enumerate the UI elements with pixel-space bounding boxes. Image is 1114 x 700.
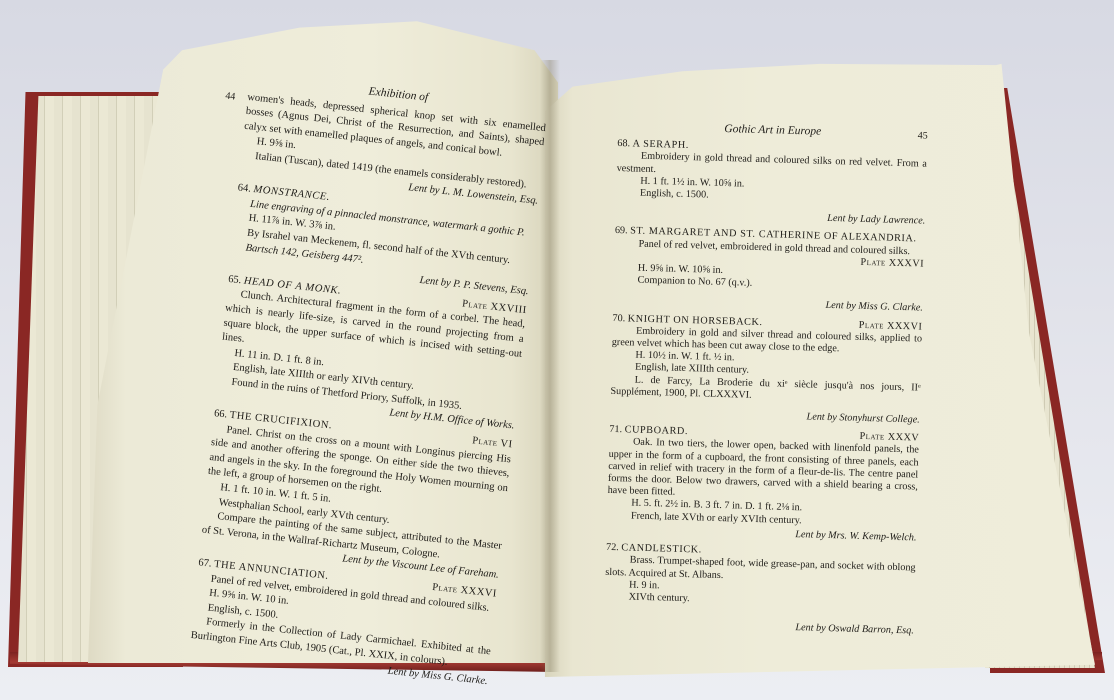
page-number-left: 44 [225, 90, 236, 106]
entry-number: 67. [198, 557, 212, 569]
entry-number: 66. [214, 408, 228, 420]
catalogue-entry-70: 70. KNIGHT ON HORSEBACK.Plate XXXVI Embr… [610, 313, 923, 427]
page-number-right: 45 [917, 130, 927, 142]
entry-title: A SERAPH. [632, 139, 689, 152]
entry-number: 64. [237, 183, 251, 195]
entry-number: 70. [612, 313, 625, 324]
entry-title: CANDLESTICK. [621, 542, 702, 555]
catalogue-entry-68: 68. A SERAPH. Embroidery in gold thread … [615, 138, 927, 228]
entry-number: 68. [617, 138, 630, 149]
entry-number: 65. [228, 274, 242, 286]
book-photo: Exhibition of 44 women's heads, depresse… [0, 0, 1114, 700]
left-page-text: Exhibition of 44 women's heads, depresse… [188, 72, 548, 689]
catalogue-entry-72: 72. CANDLESTICK. Brass. Trumpet-shaped f… [604, 542, 916, 638]
entry-title: CUPBOARD. [624, 425, 688, 438]
entry-number: 71. [609, 424, 622, 435]
entry-description: Oak. In two tiers, the lower open, backe… [607, 436, 919, 506]
entry-lender: Lent by Lady Lawrence. [615, 207, 925, 228]
catalogue-entry-66: 66. THE CRUCIFIXION.Plate VI Panel. Chri… [200, 407, 514, 583]
entry-lender: Lent by Stonyhurst College. [610, 406, 920, 427]
entry-lender: Lent by Miss G. Clarke. [613, 294, 923, 315]
catalogue-entry-69: 69. ST. MARGARET AND ST. CATHERINE OF AL… [613, 225, 925, 315]
catalogue-entry-65: 65. HEAD OF A MONK.Plate XXVIII Clunch. … [215, 273, 527, 435]
entry-number: 69. [615, 225, 628, 236]
catalogue-entry-71: 71. CUPBOARD.Plate XXXV Oak. In two tier… [606, 424, 919, 544]
entry-number: 72. [606, 542, 619, 553]
right-page-text: Gothic Art in Europe 45 68. A SERAPH. Em… [604, 120, 928, 638]
